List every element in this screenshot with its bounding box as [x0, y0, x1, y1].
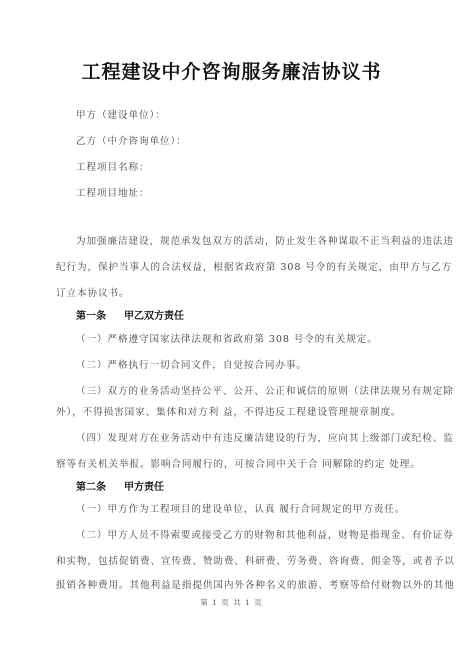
article-2-number: 第二条 [76, 482, 106, 493]
article-1-heading: 第一条甲乙双方责任 [76, 307, 184, 322]
article-1-clause: （二）严格执行一切合同文件，自觉按合同办事。 [76, 357, 307, 371]
party-b-label: 乙方（中介咨询单位）： [76, 133, 187, 147]
party-a-label: 甲方（建设单位）： [76, 107, 166, 121]
article-1-clause: （三）双方的业务活动坚持公平、公开、公正和诚信的原则（法律法规另有规定除 [76, 383, 454, 397]
article-2-clause: 和实物，包括促销费、宣传费、赞助费、科研费、劳务费、咨询费、佣金等，或者予以 [56, 553, 455, 567]
preamble-line: 纪行为，保护当事人的合法权益，根据省政府第 308 号令的有关规定，由甲方与乙方 [56, 259, 452, 273]
article-1-number: 第一条 [76, 311, 106, 322]
article-1-clause: 外），不得损害国家、集体和对方利 益，不得违反工程建设管理规章制度。 [56, 404, 401, 418]
project-name-label: 工程项目名称： [76, 159, 149, 173]
preamble-line: 为加强廉洁建设，规范承发包双方的活动，防止发生各种谋取不正当利益的违法违 [76, 233, 454, 247]
article-1-clause: （四）发现对方在业务活动中有违反廉洁建设的行为，应向其上级部门或纪检、监 [76, 430, 454, 444]
article-2-heading: 第二条甲方责任 [76, 478, 164, 493]
preamble-line: 订立本协议书。 [56, 285, 129, 299]
project-address-label: 工程项目地址： [76, 185, 149, 199]
article-2-clause: 报销各种费用。其他利益是指提供国内外各种名义的旅游、考察等给付财物以外的其他 [56, 577, 455, 591]
article-2-clause: （二）甲方人员不得索要或接受乙方的财物和其他利益，财物是指现金、有价证券 [76, 527, 454, 541]
article-1-title: 甲乙双方责任 [124, 311, 184, 322]
article-2-title: 甲方责任 [124, 482, 164, 493]
document-page: 工程建设中介咨询服务廉洁协议书 甲方（建设单位）： 乙方（中介咨询单位）： 工程… [0, 0, 463, 655]
article-1-clause: （一）严格遵守国家法律法规和省政府第 308 号令的有关规定。 [76, 331, 378, 345]
article-1-clause: 察等有关机关举报。影响合同履行的，可按合同中关于合 同解除的约定 处理。 [56, 456, 421, 470]
document-title: 工程建设中介咨询服务廉洁协议书 [0, 57, 463, 84]
page-footer: 第 1 页 共 1 页 [0, 597, 463, 608]
article-2-clause: （一）甲方作为工程项目的建设单位，认真 履行合同规定的甲方责任。 [76, 501, 405, 515]
